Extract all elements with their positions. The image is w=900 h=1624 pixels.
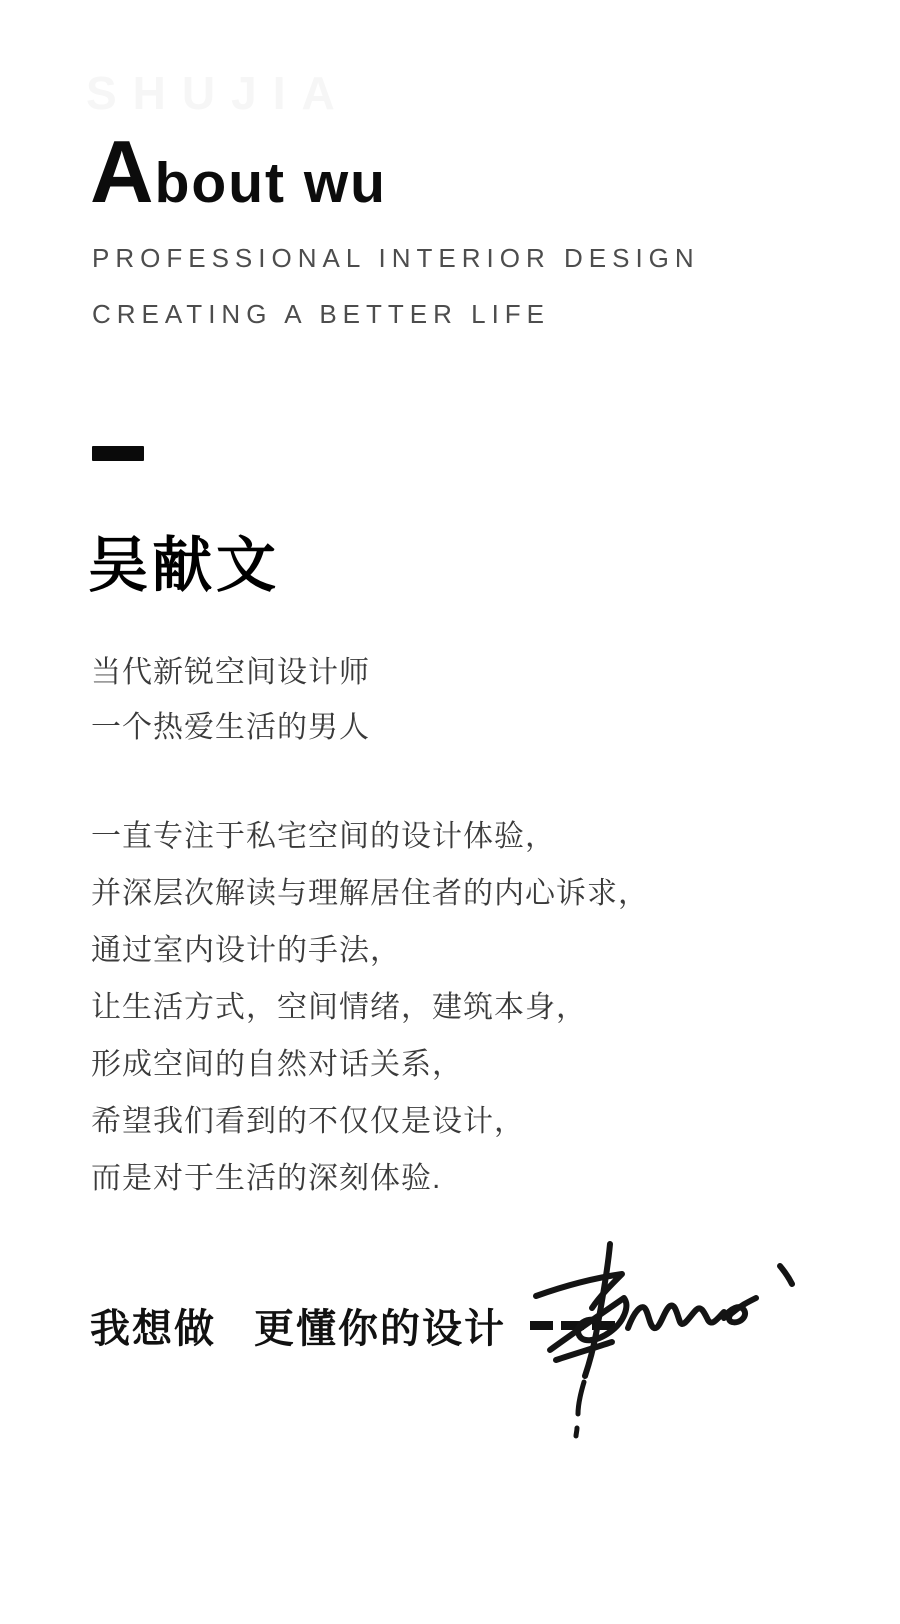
section-dash-rule [92, 446, 144, 461]
designer-name: 吴献文 [88, 518, 280, 604]
bio-line: 形成空间的自然对话关系， [91, 1036, 649, 1093]
bio-line: 希望我们看到的不仅仅是设计， [91, 1093, 649, 1150]
bio-line: 而是对于生活的深刻体验. [91, 1150, 649, 1207]
bio-line: 一直专注于私宅空间的设计体验， [91, 808, 649, 865]
bio-line: 并深层次解读与理解居住者的内心诉求， [91, 865, 649, 922]
page-title-rest: bout wu [155, 155, 387, 212]
intro-line: 一个热爱生活的男人 [91, 700, 370, 755]
bio-line: 通过室内设计的手法， [91, 922, 649, 979]
bio-line: 让生活方式，空间情绪，建筑本身， [91, 979, 649, 1036]
intro-line: 当代新锐空间设计师 [91, 645, 370, 700]
intro-paragraph: 当代新锐空间设计师 一个热爱生活的男人 [91, 645, 370, 755]
subtitle-creating-a-better-life: CREATING A BETTER LIFE [92, 299, 550, 330]
page-title-initial: A [90, 128, 155, 216]
background-watermark-text: SHUJIA [86, 66, 351, 120]
page-title: About wu [90, 128, 387, 216]
bio-paragraph: 一直专注于私宅空间的设计体验， 并深层次解读与理解居住者的内心诉求， 通过室内设… [91, 808, 649, 1207]
signature-scribble-icon [528, 1232, 818, 1447]
tagline-part1: 我想做 [90, 1297, 216, 1354]
subtitle-professional-interior-design: PROFESSIONAL INTERIOR DESIGN [92, 243, 700, 274]
tagline-part2: 更懂你的设计 [254, 1297, 506, 1354]
about-page: SHUJIA About wu PROFESSIONAL INTERIOR DE… [0, 0, 900, 1624]
